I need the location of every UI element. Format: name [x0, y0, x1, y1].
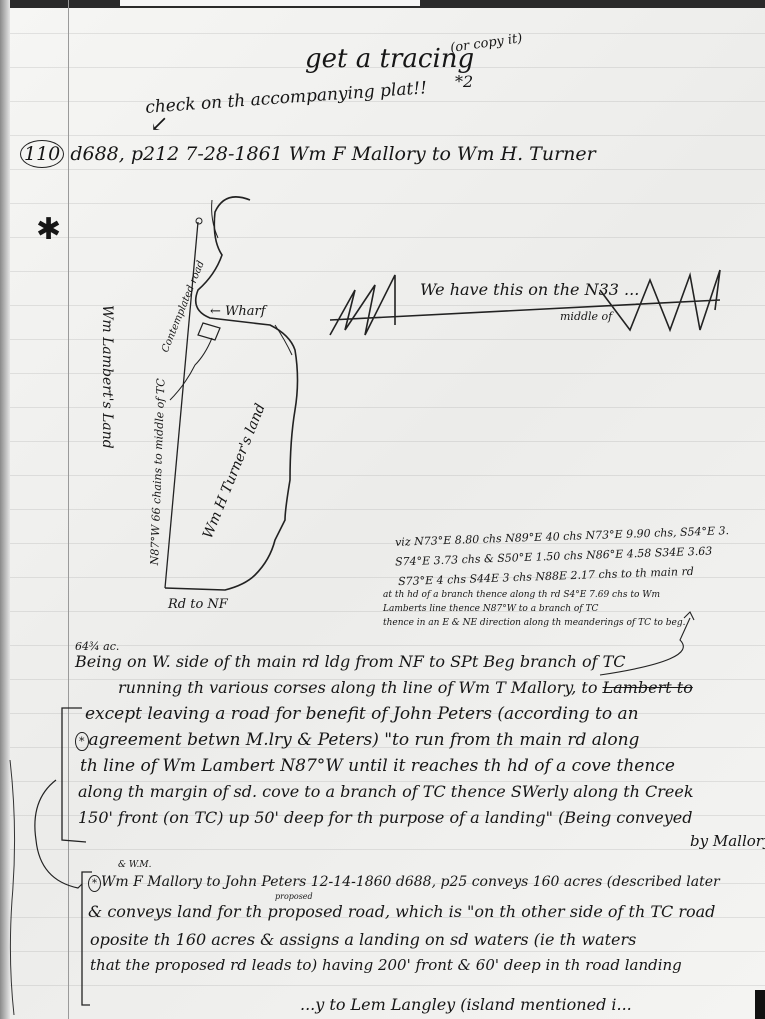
bracket-annotations: [0, 0, 765, 1019]
